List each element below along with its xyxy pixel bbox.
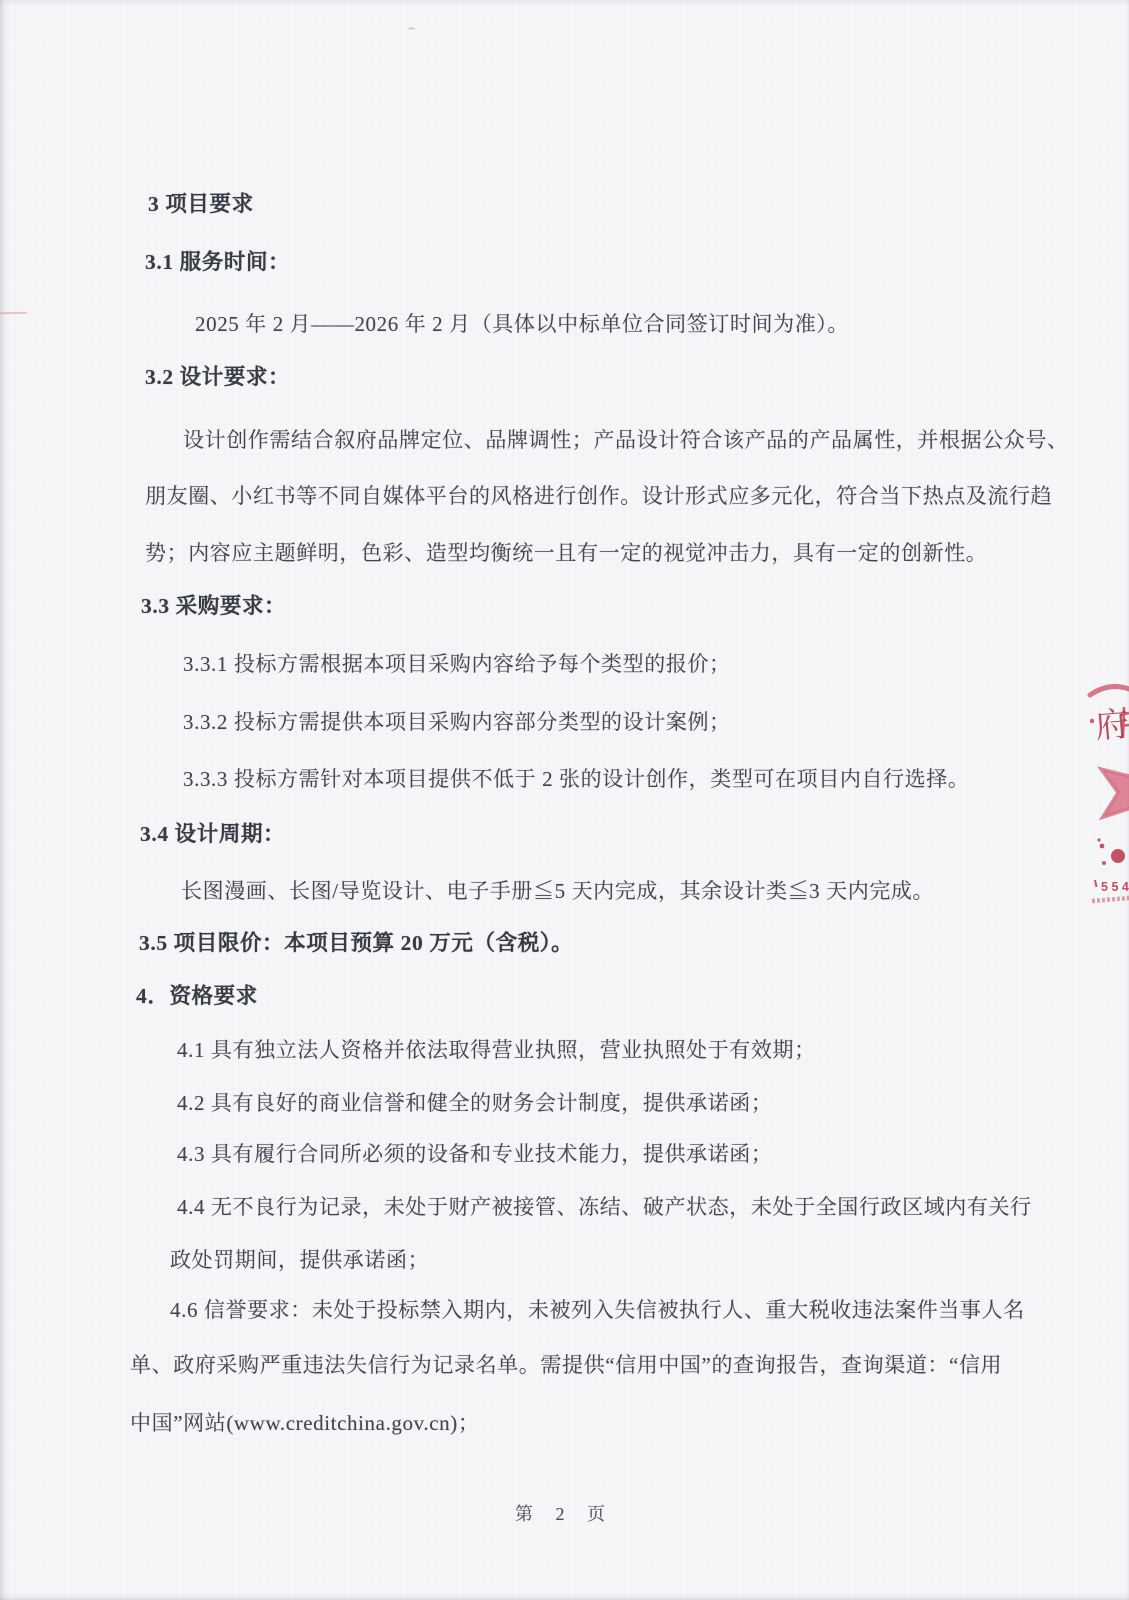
heading-project-requirements: 3 项目要求 — [148, 191, 254, 217]
qualification-item-4-6-line-2: 单、政府采购严重违法失信行为记录名单。需提供“信用中国”的查询报告，查询渠道：“… — [130, 1352, 1002, 1378]
qualification-item-4-2: 4.2 具有良好的商业信誉和健全的财务会计制度，提供承诺函； — [177, 1090, 773, 1116]
stamp-ink-dot-2 — [1100, 844, 1105, 849]
stamp-serial-number: 554 — [1101, 880, 1129, 894]
qualification-item-4-6-line-1: 4.6 信誉要求：未处于投标禁入期内，未被列入失信被执行人、重大税收违法案件当事… — [170, 1297, 1025, 1323]
stamp-ink-dot-1 — [1097, 838, 1100, 841]
procurement-item-3-3-2: 3.3.2 投标方需提供本项目采购内容部分类型的设计案例； — [183, 709, 731, 735]
heading-service-time: 3.1 服务时间： — [145, 249, 290, 275]
design-cycle-body: 长图漫画、长图/导览设计、电子手册≦5 天内完成，其余设计类≦3 天内完成。 — [181, 878, 934, 904]
page-number: 第 2 页 — [0, 1500, 1129, 1526]
design-requirements-line-2: 朋友圈、小红书等不同自媒体平台的风格进行创作。设计形式应多元化，符合当下热点及流… — [145, 483, 1052, 509]
heading-qualification-requirements: 4．资格要求 — [136, 983, 258, 1009]
service-time-body: 2025 年 2 月——2026 年 2 月（具体以中标单位合同签订时间为准）。 — [195, 311, 849, 337]
design-requirements-line-1: 设计创作需结合叙府品牌定位、品牌调性；产品设计符合该产品的产品属性，并根据公众号… — [183, 427, 1069, 453]
scanner-pink-artifact — [0, 312, 27, 314]
qualification-item-4-3: 4.3 具有履行合同所必须的设备和专业技术能力，提供承诺函； — [177, 1141, 773, 1167]
heading-project-price-limit: 3.5 项目限价：本项目预算 20 万元（含税）。 — [139, 930, 573, 956]
stamp-ink-dot-4 — [1102, 861, 1106, 865]
qualification-item-4-4-line-2: 政处罚期间，提供承诺函； — [170, 1247, 429, 1273]
design-requirements-line-3: 势；内容应主题鲜明，色彩、造型均衡统一且有一定的视觉冲击力，具有一定的创新性。 — [145, 540, 987, 566]
qualification-item-4-1: 4.1 具有独立法人资格并依法取得营业执照，营业执照处于有效期； — [177, 1037, 816, 1063]
stamp-serial-tick — [1095, 880, 1097, 887]
scanned-document-page: 3 项目要求 3.1 服务时间： 2025 年 2 月——2026 年 2 月（… — [0, 0, 1129, 1600]
procurement-item-3-3-1: 3.3.1 投标方需根据本项目采购内容给予每个类型的报价； — [183, 651, 731, 677]
stamp-microtext — [1092, 898, 1129, 901]
scanner-speck — [408, 27, 415, 30]
heading-design-cycle: 3.4 设计周期： — [140, 821, 285, 847]
qualification-item-4-4-line-1: 4.4 无不良行为记录，未处于财产被接管、冻结、破产状态，未处于全国行政区域内有… — [177, 1194, 1032, 1220]
procurement-item-3-3-3: 3.3.3 投标方需针对本项目提供不低于 2 张的设计创作，类型可在项目内自行选… — [183, 766, 969, 792]
stamp-ink-dot-3 — [1111, 849, 1125, 863]
stamp-star-icon — [1083, 736, 1129, 840]
stamp-arc — [1090, 687, 1129, 695]
red-official-stamp: 府 554 — [1075, 680, 1129, 910]
qualification-item-4-6-line-3: 中国”网站(www.creditchina.gov.cn)； — [130, 1410, 479, 1436]
heading-design-requirements: 3.2 设计要求： — [145, 364, 290, 390]
heading-procurement-requirements: 3.3 采购要求： — [141, 593, 286, 619]
